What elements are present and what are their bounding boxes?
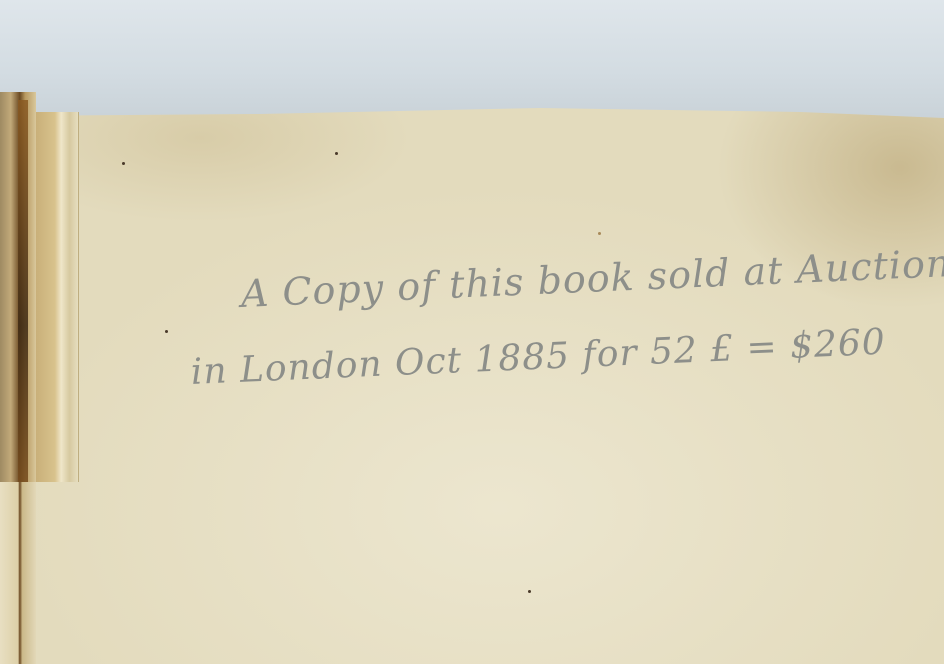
inscription-line-1: A Copy of this book sold at Auction — [240, 241, 944, 316]
inscription-line-2: in London Oct 1885 for 52 £ = $260 — [190, 322, 887, 393]
pencil-inscription: A Copy of this book sold at Auction in L… — [0, 0, 944, 664]
